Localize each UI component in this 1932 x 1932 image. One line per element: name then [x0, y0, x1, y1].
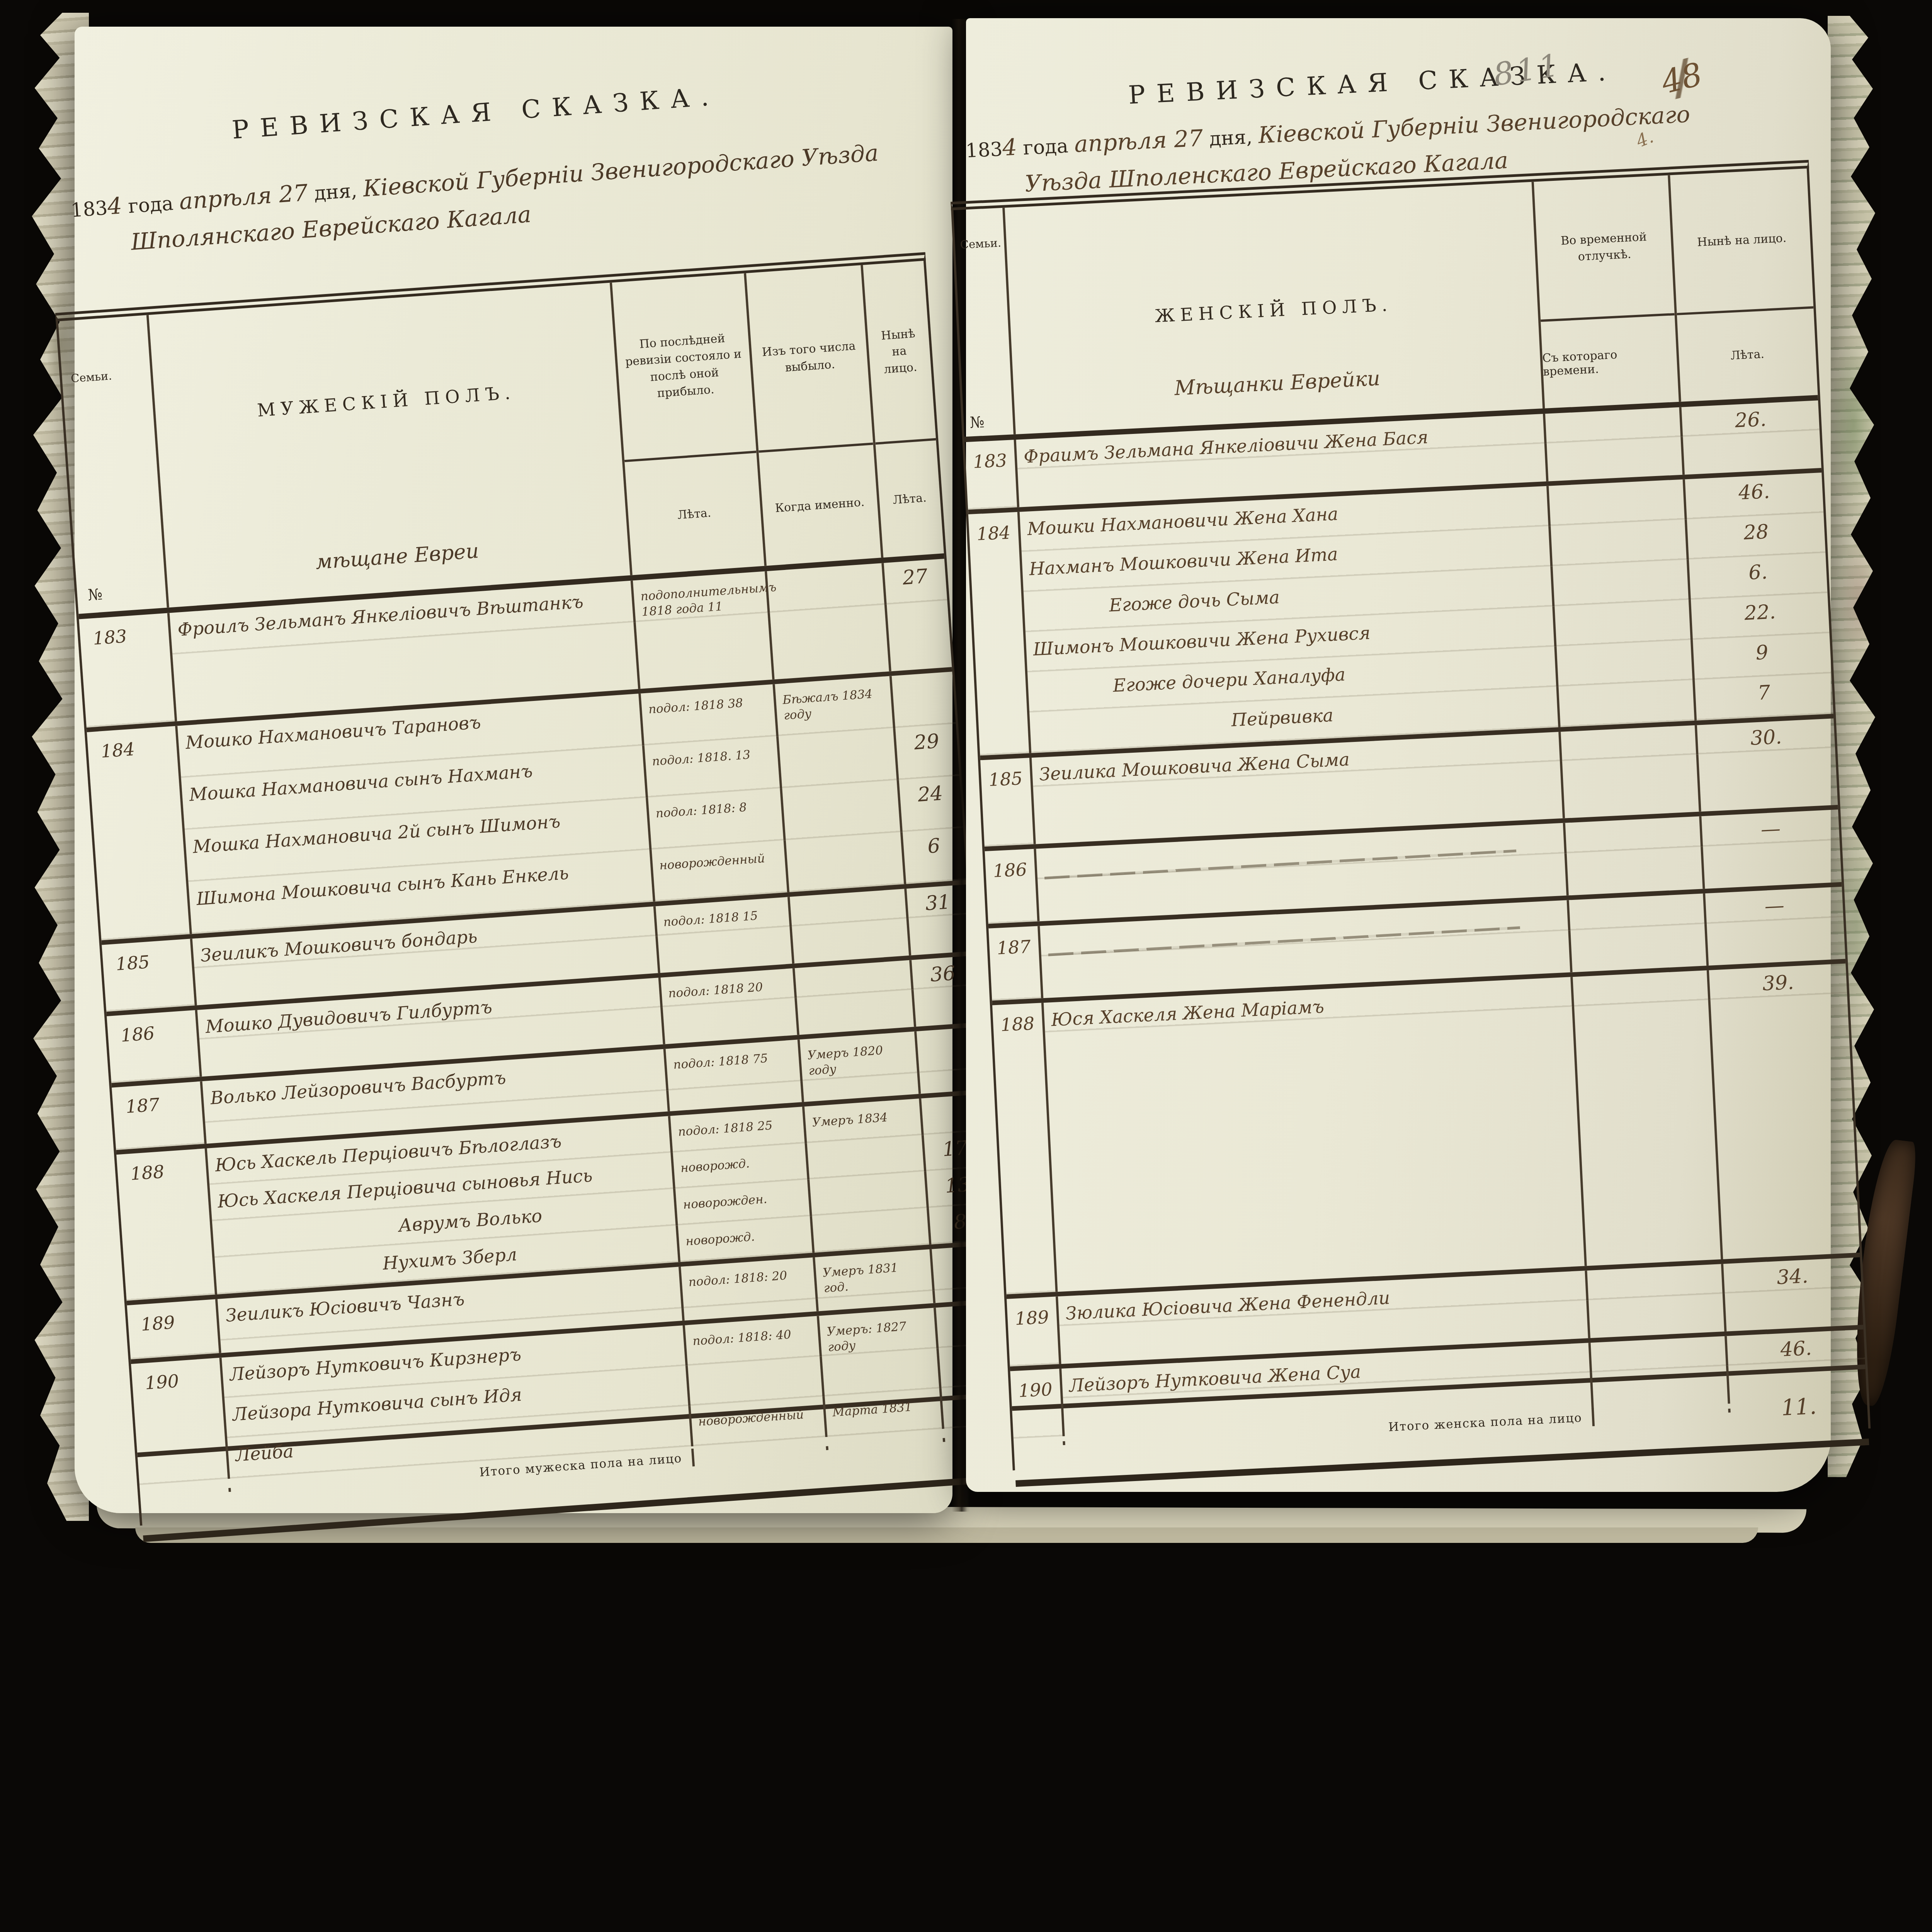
left-table-body: 183Фроилъ Зельманъ Янкеліовичъ Вѣштанкъп…: [78, 559, 1002, 1452]
age-value: 29: [895, 724, 959, 780]
family-number: 190: [131, 1358, 230, 1485]
years-label: Лѣта.: [624, 453, 764, 575]
total-spacer: [140, 1488, 231, 1498]
total-spacer: [1594, 1408, 1731, 1419]
age-value: 22.: [1691, 593, 1829, 640]
family-number: 190: [1010, 1369, 1065, 1439]
column-spacer: [1703, 840, 1842, 888]
family-number: 189: [127, 1299, 221, 1360]
column-spacer: [1711, 993, 1860, 1259]
family-number: 184: [87, 726, 192, 941]
family-group-184: 184Мошки Нахмановичи Жена Хана46.Нахманъ…: [968, 468, 1833, 755]
left-page: РЕВИЗСКАЯ СКАЗКА. 1834 года апрѣля 27 дн…: [75, 27, 953, 1513]
estate-subheader-handwritten: мѣщане Евреи: [166, 529, 628, 585]
age-value: 7: [1695, 673, 1833, 720]
year-handwritten: 4: [106, 192, 122, 219]
column-spacer: [1699, 748, 1838, 811]
scanned-book-photo: РЕВИЗСКАЯ СКАЗКА. 1834 года апрѣля 27 дн…: [0, 0, 1932, 1571]
absence-note: [1553, 560, 1691, 606]
family-number: 186: [106, 1010, 202, 1083]
column-departed: Изъ того числа выбыло. Когда именно.: [746, 265, 883, 566]
revision-note: подол: 1818: 8: [648, 788, 786, 850]
now-present-label: Нынѣ на лицо.: [862, 261, 935, 445]
column-female-names: ЖЕНСКІЙ ПОЛЪ. Мѣщанки Еврейки: [1005, 182, 1545, 434]
family-label: Семьи.: [61, 366, 151, 386]
revision-note: подол: 1818 38: [640, 684, 778, 746]
departure-note: Умеръ 1831 год.: [815, 1249, 934, 1299]
age-value: 27: [883, 559, 947, 605]
departure-note: Бѣжалъ 1834 году: [774, 676, 895, 736]
column-spacer: [1574, 1000, 1723, 1266]
departure-note: Марта 1831: [824, 1388, 944, 1437]
age-value: 9: [1693, 633, 1831, 680]
column-now-present: Нынѣ на лицо. Лѣта.: [1670, 168, 1818, 401]
column-last-revision: По послѣдней ревизіи состояло и послѣ он…: [612, 273, 766, 575]
family-number: 186: [985, 849, 1040, 924]
total-spacer: [828, 1438, 945, 1450]
absence-note: [1556, 640, 1695, 687]
column-temporary-absence: Во временной отлучкѣ. Съ котораго времен…: [1534, 175, 1681, 408]
absence-note: [1558, 680, 1697, 727]
number-label: №: [964, 412, 1014, 432]
column-spacer: [635, 613, 774, 689]
departure-note: Умеръ 1820 году: [799, 1031, 919, 1081]
age-value: 46.: [1685, 473, 1823, 519]
left-table-header: Семьи. № МУЖЕСКІЙ ПОЛЪ. мѣщане Евреи По …: [58, 261, 944, 619]
family-number: 185: [101, 939, 197, 1012]
absence-note: [1551, 519, 1689, 566]
family-group-188: 188Юся Хаскеля Жена Маріамъ39.: [992, 959, 1860, 1294]
page-title: РЕВИЗСКАЯ СКАЗКА.: [37, 68, 915, 158]
right-page-content: РЕВИЗСКАЯ СКАЗКА. 1834 года апрѣля 27 дн…: [938, 0, 1873, 1512]
total-spacer: [1014, 1441, 1065, 1447]
since-when-label: Съ котораго времени.: [1541, 315, 1679, 408]
family-number: 185: [980, 757, 1036, 847]
bottom-page-stack-2: [135, 1527, 1758, 1543]
column-spacer: [1588, 1293, 1727, 1338]
right-table: Семьи. № ЖЕНСКІЙ ПОЛЪ. Мѣщанки Еврейки В…: [951, 160, 1871, 1470]
column-spacer: [1045, 1006, 1587, 1292]
right-page: РЕВИЗСКАЯ СКАЗКА. 1834 года апрѣля 27 дн…: [966, 18, 1831, 1492]
column-spacer: [1683, 430, 1821, 475]
age-value: 28: [1687, 513, 1825, 560]
number-label: №: [77, 581, 166, 605]
left-page-content: РЕВИЗСКАЯ СКАЗКА. 1834 года апрѣля 27 дн…: [32, 0, 1012, 1544]
family-number: 187: [111, 1082, 206, 1150]
last-revision-label: По послѣдней ревизіи состояло и послѣ он…: [612, 274, 756, 463]
family-number: 189: [1007, 1296, 1061, 1366]
family-number: 183: [78, 613, 177, 728]
departure-note: [786, 832, 906, 893]
left-table: Семьи. № МУЖЕСКІЙ ПОЛЪ. мѣщане Евреи По …: [55, 252, 1010, 1526]
family-label: Семьи.: [955, 236, 1004, 251]
column-spacer: [1570, 923, 1709, 972]
years-label: Лѣта.: [1677, 308, 1818, 402]
word-dnya: дня,: [1209, 126, 1253, 150]
departed-label: Изъ того числа выбыло.: [746, 265, 873, 452]
absence-note: [1549, 479, 1687, 526]
female-total-value: 11.: [1730, 1389, 1868, 1425]
years-label-2: Лѣта.: [875, 440, 944, 558]
total-spacer: [694, 1446, 828, 1459]
column-spacer: [886, 600, 952, 671]
age-value: 6.: [1689, 553, 1827, 600]
year-handwritten: 4: [1002, 133, 1018, 161]
column-spacer: [1592, 1366, 1730, 1410]
absence-note: [1554, 600, 1693, 646]
absence-label: Во временной отлучкѣ.: [1534, 175, 1675, 322]
age-value: [891, 672, 956, 728]
column-spacer: [770, 605, 891, 680]
departure-note: [767, 563, 886, 613]
now-present-label: Нынѣ на лицо.: [1670, 168, 1813, 315]
revision-note: новорожденный: [651, 840, 789, 902]
female-sex-header: ЖЕНСКІЙ ПОЛЪ.: [1010, 287, 1538, 334]
right-table-header: Семьи. № ЖЕНСКІЙ ПОЛЪ. Мѣщанки Еврейки В…: [954, 168, 1818, 442]
column-male-names: МУЖЕСКІЙ ПОЛЪ. мѣщане Евреи: [149, 282, 632, 607]
family-number: 187: [989, 926, 1044, 1001]
estate-subheader-handwritten: Мѣщанки Еврейки: [1014, 359, 1541, 408]
family-number: 183: [965, 440, 1019, 510]
departure-note: [778, 728, 899, 788]
departure-note: [782, 780, 902, 840]
column-spacer: [1707, 917, 1845, 965]
word-goda: года: [127, 192, 174, 218]
month-day-handwritten: апрѣля 27: [1074, 124, 1204, 157]
column-spacer: [1725, 1287, 1863, 1332]
word-goda: года: [1022, 134, 1069, 159]
right-table-body: 183Фраимъ Зельмана Янкеліовичи Жена Бася…: [965, 400, 1865, 1406]
revision-note: подол: 1818. 13: [644, 736, 782, 798]
word-dnya: дня,: [313, 179, 357, 205]
month-day-handwritten: апрѣля 27: [178, 179, 308, 215]
year-printed: 183: [965, 138, 1003, 162]
when-exactly-label: Когда именно.: [759, 445, 881, 566]
year-printed: 183: [70, 197, 108, 222]
dateline: 1834 года апрѣля 27 дня, Кіевской Губерн…: [70, 138, 897, 260]
family-number: 188: [116, 1148, 217, 1301]
column-spacer: [1546, 437, 1685, 481]
column-spacer: [1566, 847, 1705, 895]
column-spacer: [1562, 754, 1702, 818]
male-sex-header: МУЖЕСКІЙ ПОЛЪ.: [155, 375, 617, 428]
